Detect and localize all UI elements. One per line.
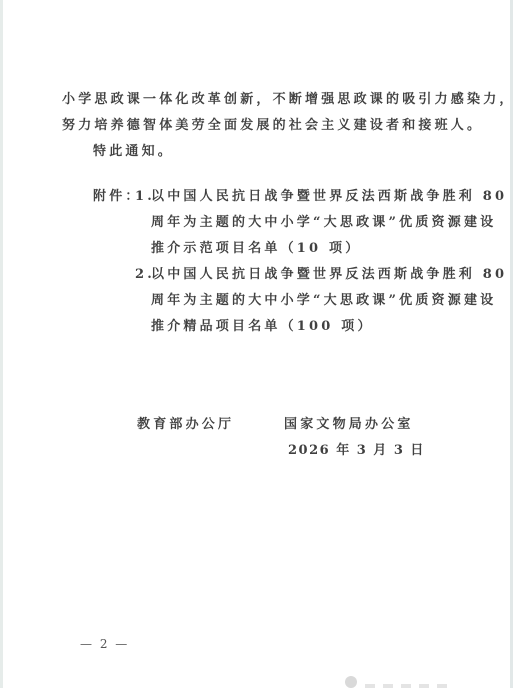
attachment-1-line-2: 周年为主题的大中小学“大思政课”优质资源建设 xyxy=(151,215,496,231)
page-number: — 2 — xyxy=(80,637,129,651)
attachment-1-line-3: 推介示范项目名单（10 项） xyxy=(151,241,361,257)
watermark-mark xyxy=(437,684,447,688)
signature-date: 2026 年 3 月 3 日 xyxy=(288,443,425,459)
signature-right: 国家文物局办公室 xyxy=(284,417,414,433)
watermark-mark xyxy=(419,684,429,688)
attachment-1-line-1: 以中国人民抗日战争暨世界反法西斯战争胜利 80 xyxy=(151,189,507,205)
watermark-mark xyxy=(401,684,411,688)
document-page: 小学思政课一体化改革创新，不断增强思政课的吸引力感染力， 努力培养德智体美劳全面… xyxy=(0,0,513,688)
watermark-circle-icon xyxy=(345,676,357,688)
body-line-2: 努力培养德智体美劳全面发展的社会主义建设者和接班人。 xyxy=(62,118,483,134)
attachment-2-line-1: 以中国人民抗日战争暨世界反法西斯战争胜利 80 xyxy=(151,267,507,283)
body-line-1: 小学思政课一体化改革创新，不断增强思政课的吸引力感染力， xyxy=(62,92,513,108)
watermark-logo xyxy=(345,681,485,688)
attachment-2-line-3: 推介精品项目名单（100 项） xyxy=(151,319,374,335)
watermark-mark xyxy=(365,684,375,688)
attachment-2-line-2: 周年为主题的大中小学“大思政课”优质资源建设 xyxy=(151,293,496,309)
watermark-mark xyxy=(383,684,393,688)
signature-left: 教育部办公厅 xyxy=(137,417,234,433)
closing-text: 特此通知。 xyxy=(93,144,174,160)
